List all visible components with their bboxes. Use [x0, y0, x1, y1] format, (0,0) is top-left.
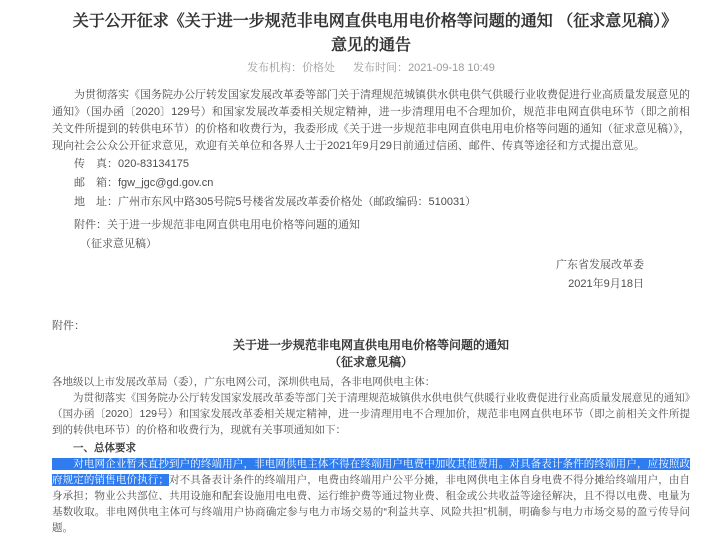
publish-time-label: 发布时间：	[353, 62, 408, 74]
publish-time-value: 2021-09-18 10:49	[408, 62, 495, 74]
issuer-name: 广东省发展改革委	[52, 256, 644, 275]
section-heading: 一、总体要求	[52, 440, 690, 456]
attachment-ref-line2: （征求意见稿）	[80, 235, 690, 254]
fax-value: 020-83134175	[118, 158, 189, 170]
section-divider-space	[52, 294, 690, 318]
addressees-line: 各地级以上市发展改革局（委），广东电网公司，深圳供电局，各非电网供电主体：	[52, 374, 690, 390]
attachment-subtitle: （征求意见稿）	[52, 354, 690, 371]
policy-paragraph: 对电网企业暂未直抄到户的终端用户，非电网供电主体不得在终端用户电费中加收其他费用…	[52, 456, 690, 536]
signature-block: 广东省发展改革委 2021年9月18日	[52, 256, 690, 294]
issue-date: 2021年9月18日	[52, 275, 644, 294]
attachment-paragraph: 为贯彻落实《国务院办公厅转发国家发展改革委等部门关于清理规范城镇供水供电供气供暖…	[52, 390, 690, 438]
page-title: 关于公开征求《关于进一步规范非电网直供电用电价格等问题的通知 （征求意见稿）》意…	[71, 10, 671, 58]
address-line: 地 址：广州市东风中路305号院5号楼省发展改革委价格处（邮政编码：510031…	[74, 193, 690, 212]
publish-agency-label: 发布机构：	[247, 62, 302, 74]
notice-paragraph: 为贯彻落实《国务院办公厅转发国家发展改革委等部门关于清理规范城镇供水供电供气供暖…	[52, 87, 690, 155]
address-value: 广州市东风中路305号院5号楼省发展改革委价格处（邮政编码：510031）	[118, 196, 476, 208]
email-value: fgw_jgc@gd.gov.cn	[118, 177, 213, 189]
attachment-ref-line1: 附件：关于进一步规范非电网直供电用电价格等问题的通知	[74, 216, 690, 235]
publish-agency-value: 价格处	[302, 62, 335, 74]
fax-line: 传 真：020-83134175	[74, 155, 690, 174]
email-line: 邮 箱：fgw_jgc@gd.gov.cn	[74, 174, 690, 193]
address-label: 地 址：	[74, 196, 118, 208]
attachment-label: 附件：	[52, 318, 690, 335]
attachment-title: 关于进一步规范非电网直供电用电价格等问题的通知	[52, 337, 690, 354]
publish-meta: 发布机构：价格处发布时间：2021-09-18 10:49	[52, 62, 690, 75]
fax-label: 传 真：	[74, 158, 118, 170]
document-page: 关于公开征求《关于进一步规范非电网直供电用电价格等问题的通知 （征求意见稿）》意…	[0, 0, 720, 544]
email-label: 邮 箱：	[74, 177, 118, 189]
